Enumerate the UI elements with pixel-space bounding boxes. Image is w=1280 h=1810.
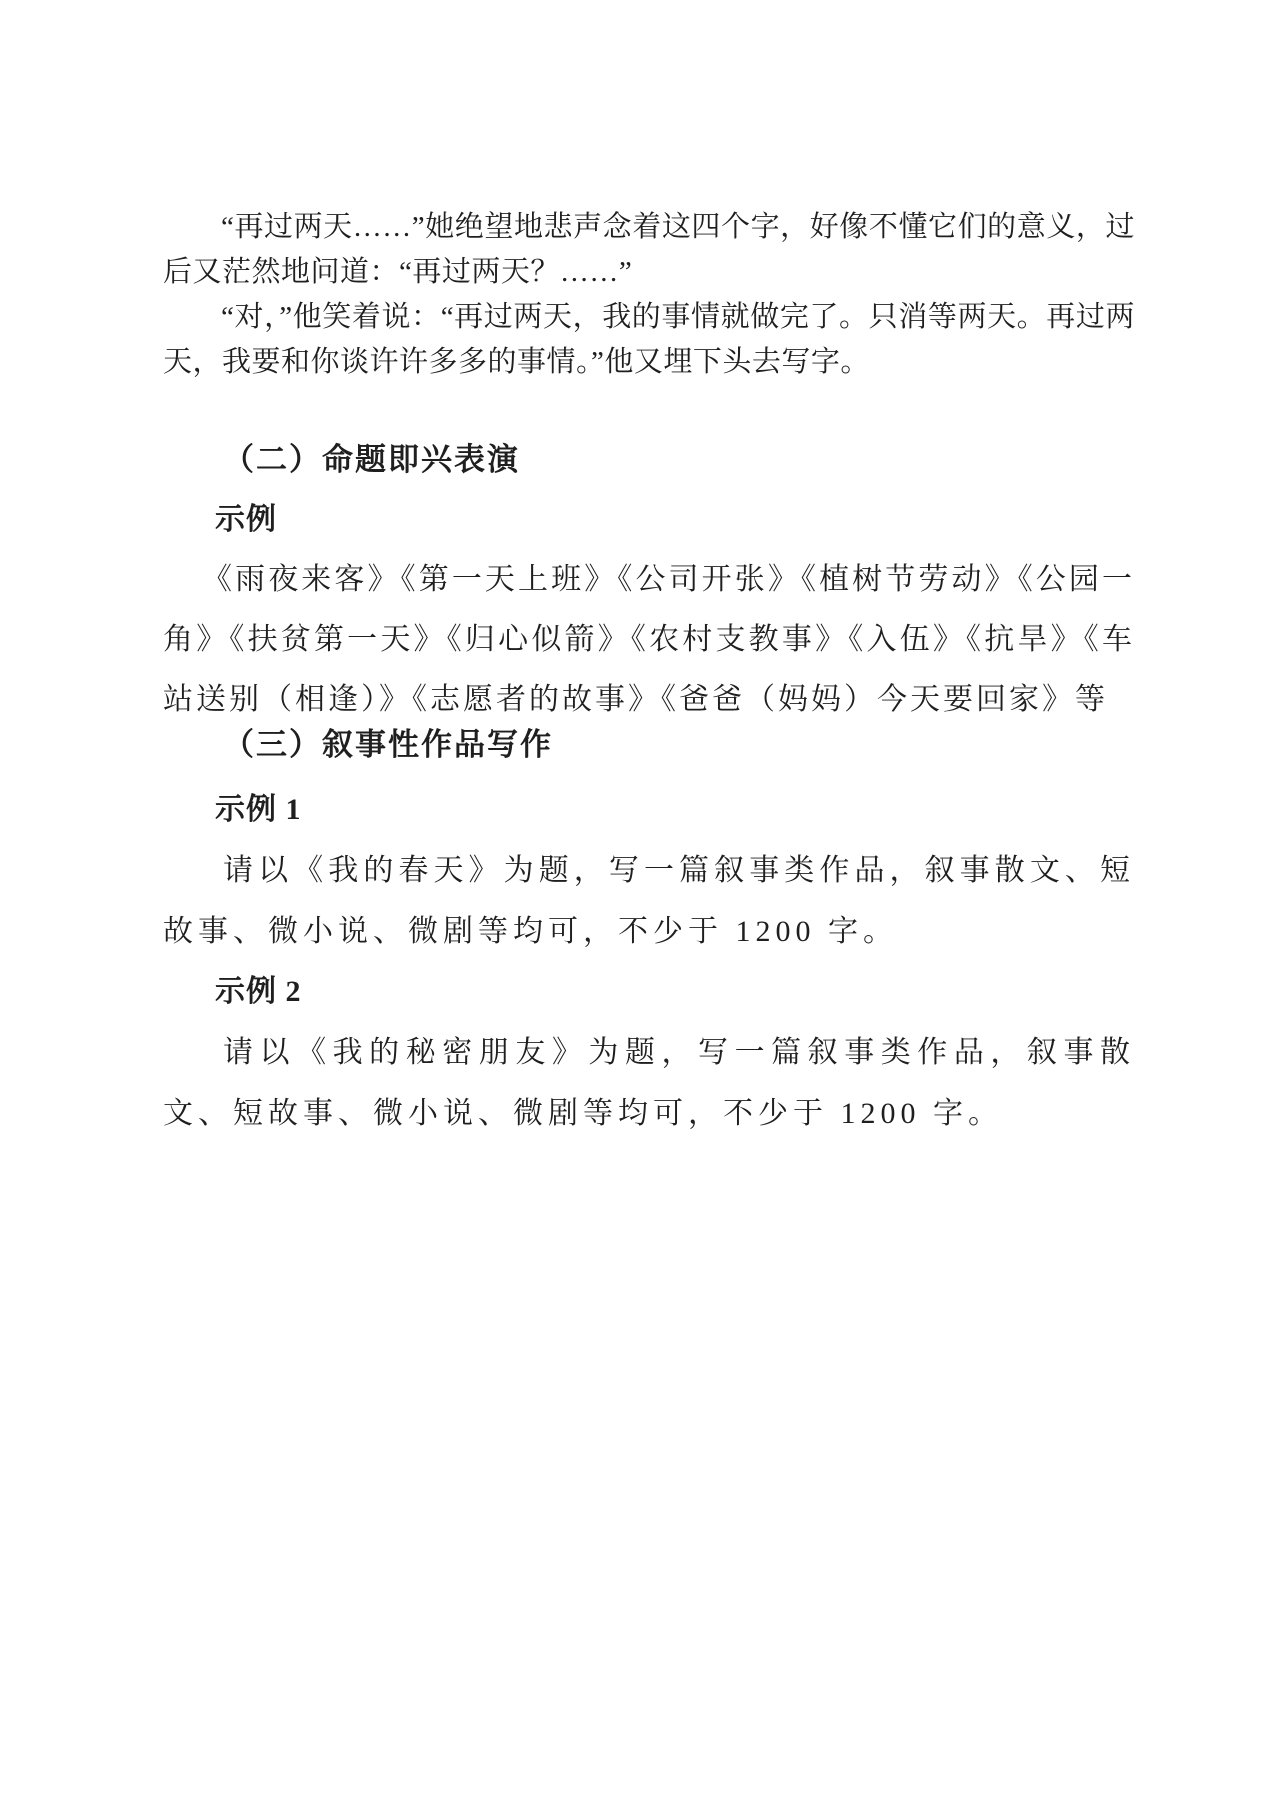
section-2-example-titles: 《雨夜来客》《第一天上班》《公司开张》《植树节劳动》《公园一角》《扶贫第一天》《…: [163, 550, 1135, 730]
document-page: “再过两天……”她绝望地悲声念着这四个字，好像不懂它们的意义，过后又茫然地问道：…: [0, 0, 1280, 1810]
section-2-example-subheading: 示例: [163, 490, 1135, 550]
section-3-example-2-text: 请以《我的秘密朋友》为题，写一篇叙事类作品，叙事散文、短故事、微小说、微剧等均可…: [163, 1022, 1135, 1144]
quote-paragraph-2: “对，”他笑着说：“再过两天，我的事情就做完了。只消等两天。再过两天，我要和你谈…: [163, 295, 1135, 385]
section-3-example-1-subheading: 示例 1: [163, 780, 1135, 840]
section-3-example-1-text: 请以《我的春天》为题，写一篇叙事类作品，叙事散文、短故事、微小说、微剧等均可，不…: [163, 840, 1135, 962]
quote-paragraph-1: “再过两天……”她绝望地悲声念着这四个字，好像不懂它们的意义，过后又茫然地问道：…: [163, 205, 1135, 295]
section-3-example-2-subheading: 示例 2: [163, 962, 1135, 1022]
section-2-heading: （二）命题即兴表演: [163, 430, 1135, 490]
page-content: “再过两天……”她绝望地悲声念着这四个字，好像不懂它们的意义，过后又茫然地问道：…: [163, 205, 1135, 1144]
